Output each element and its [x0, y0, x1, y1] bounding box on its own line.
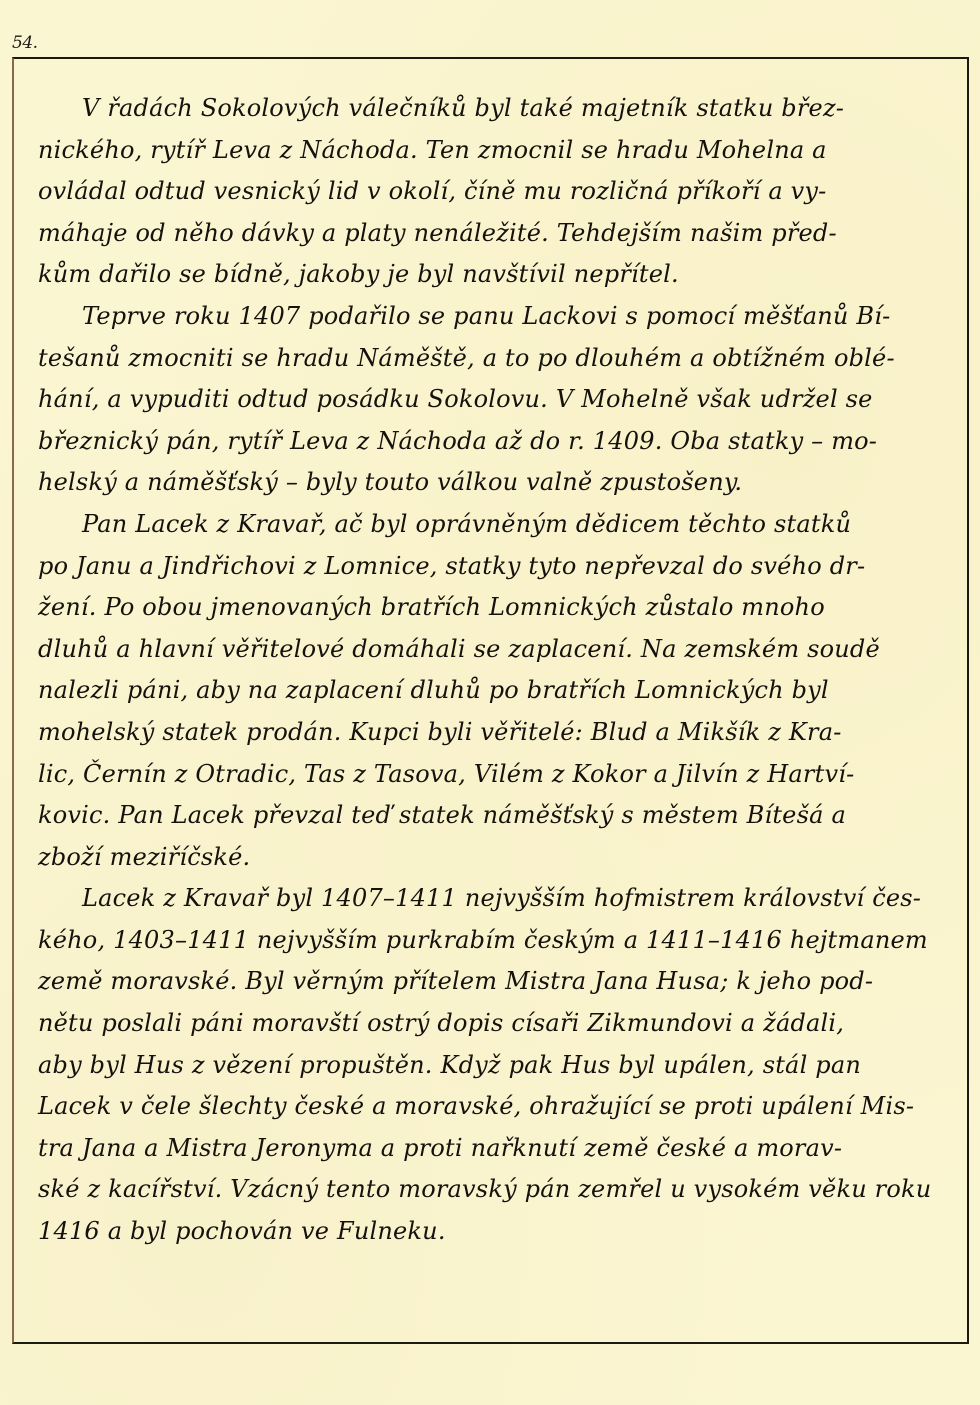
text-line: nětu poslali páni moravští ostrý dopis c… [38, 1003, 938, 1045]
text-line: tra Jana a Mistra Jeronyma a proti nařkn… [38, 1128, 938, 1170]
text-line: Pan Lacek z Kravař, ač byl oprávněným dě… [38, 504, 938, 546]
paragraph-4: Lacek z Kravař byl 1407–1411 nejvyšším h… [38, 878, 938, 1252]
text-line: ské z kacířství. Vzácný tento moravský p… [38, 1169, 938, 1211]
text-line: helský a náměšťský – byly touto válkou v… [38, 462, 938, 504]
text-line: lic, Černín z Otradic, Tas z Tasova, Vil… [38, 754, 938, 796]
text-line: březnický pán, rytíř Leva z Náchoda až d… [38, 421, 938, 463]
text-line: aby byl Hus z vězení propuštěn. Když pak… [38, 1045, 938, 1087]
text-line: žení. Po obou jmenovaných bratřích Lomni… [38, 587, 938, 629]
text-line: mohelský statek prodán. Kupci byli věřit… [38, 712, 938, 754]
text-line: Teprve roku 1407 podařilo se panu Lackov… [38, 296, 938, 338]
text-line: Lacek v čele šlechty české a moravské, o… [38, 1086, 938, 1128]
text-line: po Janu a Jindřichovi z Lomnice, statky … [38, 546, 938, 588]
text-line: zboží meziříčské. [38, 837, 938, 879]
text-line: kého, 1403–1411 nejvyšším purkrabím česk… [38, 920, 938, 962]
text-line: V řadách Sokolových válečníků byl také m… [38, 88, 938, 130]
paragraph-1: V řadách Sokolových válečníků byl také m… [38, 88, 938, 296]
text-line: nalezli páni, aby na zaplacení dluhů po … [38, 670, 938, 712]
text-line: země moravské. Byl věrným přítelem Mistr… [38, 961, 938, 1003]
text-line: máhaje od něho dávky a platy nenáležité.… [38, 213, 938, 255]
paragraph-2: Teprve roku 1407 podařilo se panu Lackov… [38, 296, 938, 504]
page-number: 54. [12, 33, 38, 53]
paragraph-3: Pan Lacek z Kravař, ač byl oprávněným dě… [38, 504, 938, 878]
text-line: hání, a vypuditi odtud posádku Sokolovu.… [38, 379, 938, 421]
handwritten-text-body: V řadách Sokolových válečníků byl také m… [38, 88, 938, 1253]
text-line: 1416 a byl pochován ve Fulneku. [38, 1211, 938, 1253]
text-line: ovládal odtud vesnický lid v okolí, číně… [38, 171, 938, 213]
text-line: Lacek z Kravař byl 1407–1411 nejvyšším h… [38, 878, 938, 920]
text-line: kům dařilo se bídně, jakoby je byl navšt… [38, 254, 938, 296]
text-line: nického, rytíř Leva z Náchoda. Ten zmocn… [38, 130, 938, 172]
text-line: kovic. Pan Lacek převzal teď statek námě… [38, 795, 938, 837]
text-line: dluhů a hlavní věřitelové domáhali se za… [38, 629, 938, 671]
text-line: tešanů zmocniti se hradu Náměště, a to p… [38, 338, 938, 380]
